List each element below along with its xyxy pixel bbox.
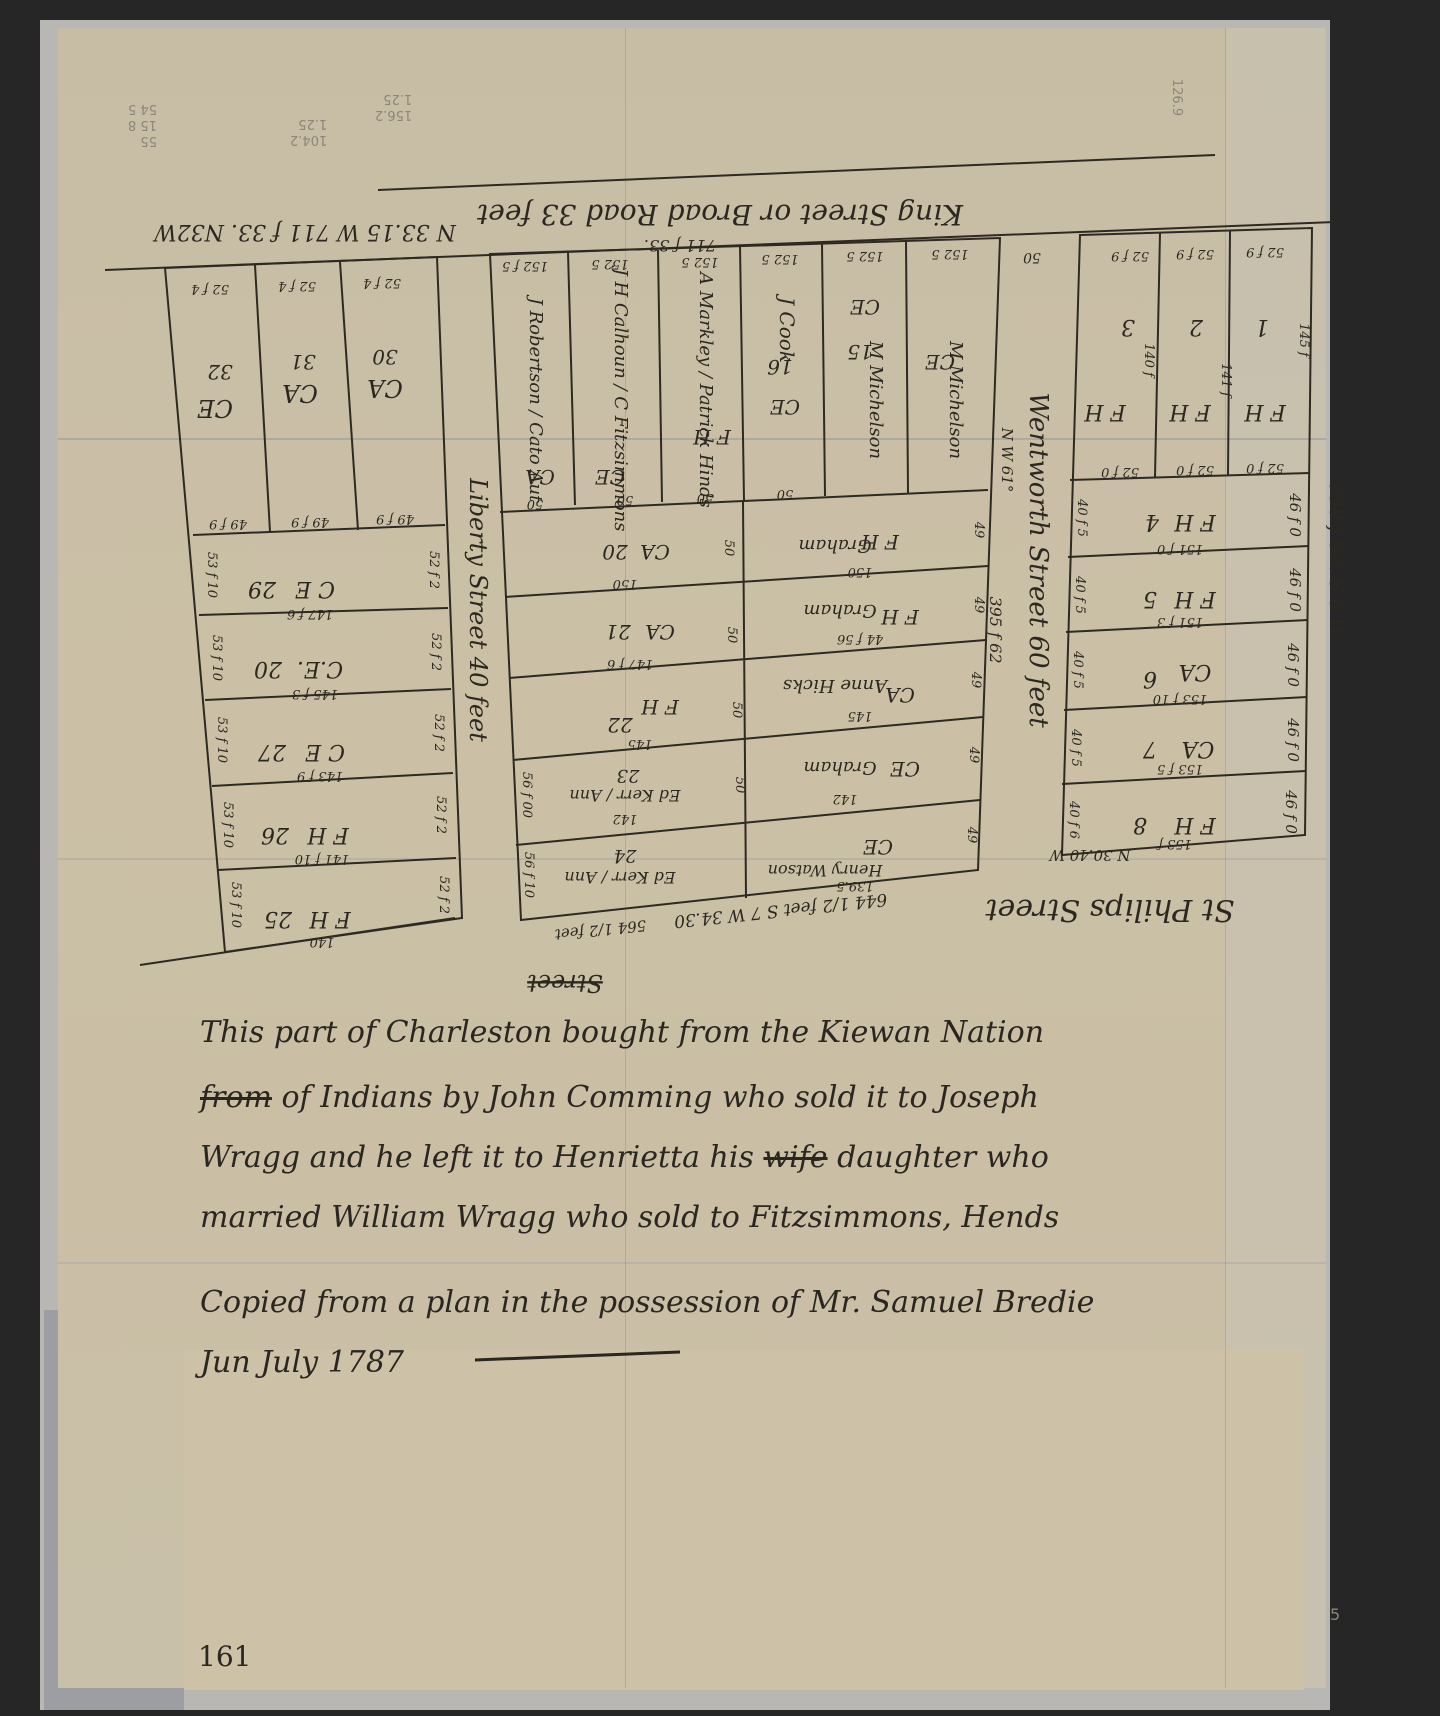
svg-text:46 f 0: 46 f 0 [1284,642,1302,687]
svg-text:52 f 2: 52 f 2 [426,551,441,589]
svg-text:50: 50 [724,627,739,644]
right-bearing-label: 390 f 62. S 6 W [1325,482,1349,640]
svg-text:49 f 9: 49 f 9 [209,516,248,531]
svg-text:49: 49 [971,596,986,614]
svg-text:49 f 9: 49 f 9 [376,511,415,526]
svg-text:F H: F H [693,425,732,449]
svg-text:40 f 5: 40 f 5 [1070,650,1085,689]
svg-text:151 f 3: 151 f 3 [1157,614,1203,629]
svg-text:5: 5 [1143,586,1157,611]
svg-text:141 f: 141 f [1218,363,1233,399]
svg-text:29: 29 [248,576,277,601]
svg-text:143 f 9: 143 f 9 [297,768,343,783]
svg-text:F H: F H [1173,586,1216,611]
svg-text:1: 1 [1255,314,1269,339]
svg-text:40 f 5: 40 f 5 [1072,575,1087,614]
svg-text:F H: F H [641,695,680,719]
svg-text:Ed Kerr / Ann: Ed Kerr / Ann [564,868,676,887]
svg-text:3: 3 [1121,314,1135,339]
svg-text:C E: C E [295,576,335,601]
svg-text:53 f 10: 53 f 10 [209,635,224,681]
top-bearing-label: N 33.15 W 711 f 33. N32W [152,219,457,244]
signature-flourish [475,1352,680,1360]
svg-text:30: 30 [372,345,398,369]
svg-text:49 f 9: 49 f 9 [291,514,330,529]
svg-text:24: 24 [614,845,638,866]
svg-text:145 f: 145 f [1296,323,1311,359]
svg-text:46 f 0: 46 f 0 [1282,789,1300,834]
king-street-upper-line [378,155,1215,190]
svg-text:152 5: 152 5 [846,248,883,263]
svg-text:Graham: Graham [803,757,876,778]
svg-text:J Cook: J Cook [775,293,799,363]
svg-text:CE: CE [863,835,893,859]
svg-text:25: 25 [264,906,293,931]
struck-street-word: Street [527,969,603,997]
note-line-2: from of Indians by John Comming who sold… [200,1080,1039,1115]
svg-text:50: 50 [617,492,634,507]
svg-text:32: 32 [207,360,232,384]
svg-text:53 f 10: 53 f 10 [220,802,235,848]
middle-bottom-lots: CA 20 150 CA 21 147 f 6 F H 22 145 Ed Ke… [519,521,986,898]
svg-text:152 5: 152 5 [761,251,798,266]
svg-text:52 f 2: 52 f 2 [433,796,448,834]
svg-text:56 f 00: 56 f 00 [519,772,534,818]
svg-text:52 f 0: 52 f 0 [1176,462,1214,477]
svg-text:Graham: Graham [803,600,876,621]
svg-text:C E: C E [305,739,345,764]
svg-text:50: 50 [697,490,714,505]
king-street-label: King Street or Broad Road 33 feet [476,198,964,231]
st-philips-bearing-label: N 30.40 W [1048,846,1132,864]
folio-number: 161 [198,1640,251,1673]
svg-text:7: 7 [1143,736,1157,761]
svg-text:147 f 6: 147 f 6 [607,656,653,671]
svg-text:20: 20 [254,656,283,681]
svg-text:20: 20 [602,540,629,564]
svg-text:152 5: 152 5 [681,254,718,269]
corner-mark: 5 [1330,1605,1340,1624]
svg-text:145: 145 [628,736,653,751]
wentworth-street-label: Wentworth Street 60 feet [1023,392,1053,728]
left-bottom-lots: C E 29 147 f 6 C.E. 20 145 f 3 C E 27 14… [204,551,451,949]
svg-text:153 f 5: 153 f 5 [1157,761,1203,776]
svg-text:56 f 10: 56 f 10 [521,852,536,898]
svg-text:50: 50 [729,702,744,719]
svg-text:147 f 6: 147 f 6 [287,606,333,621]
svg-text:CE: CE [850,295,880,319]
svg-text:Ed Kerr / Ann: Ed Kerr / Ann [569,786,681,805]
struck-word: from [200,1080,272,1115]
svg-text:152 5: 152 5 [591,256,628,271]
svg-text:46 f 0: 46 f 0 [1286,492,1304,537]
middle-top-lots: J Robertson / Cato Aut CA J H Calhoun / … [502,246,1041,532]
svg-text:152 f 5: 152 f 5 [502,258,548,273]
svg-text:4: 4 [1145,509,1160,534]
svg-text:CE: CE [595,465,625,489]
svg-text:22: 22 [607,713,633,737]
note-copied-from: Copied from a plan in the possession of … [200,1285,1094,1320]
svg-text:21: 21 [605,620,631,644]
svg-text:52 f 0: 52 f 0 [1246,460,1284,475]
svg-text:44 f 56: 44 f 56 [837,631,884,646]
svg-text:CE: CE [925,350,955,374]
svg-text:F H: F H [306,822,349,847]
svg-text:F H: F H [1168,399,1211,424]
svg-text:2: 2 [1189,314,1204,339]
svg-text:49: 49 [966,746,981,764]
svg-text:52 f 9: 52 f 9 [1176,246,1214,261]
svg-text:52 f 4: 52 f 4 [363,275,401,290]
svg-text:F H: F H [1243,399,1286,424]
svg-text:50: 50 [777,486,794,501]
plat-map: King Street or Broad Road 33 feet N 33.1… [0,0,1440,1716]
svg-text:142: 142 [613,811,638,826]
svg-text:40 f 6: 40 f 6 [1066,800,1081,839]
svg-text:CE: CE [890,757,920,781]
svg-text:Henry Watson: Henry Watson [768,861,884,880]
svg-text:F H: F H [1173,509,1216,534]
svg-text:CA: CA [1182,736,1215,761]
svg-text:139.5: 139.5 [836,878,873,893]
note-line-3: Wragg and he left it to Henrietta his wi… [200,1140,1049,1175]
note-date: Jun July 1787 [200,1345,404,1380]
svg-text:49: 49 [971,521,986,539]
svg-text:153 f: 153 f [1156,836,1192,851]
svg-text:C.E.: C.E. [297,656,343,681]
svg-text:140: 140 [310,934,335,949]
svg-text:52 f 9: 52 f 9 [1246,244,1284,259]
svg-text:8: 8 [1133,812,1147,837]
svg-text:40 f 5: 40 f 5 [1068,728,1083,767]
svg-text:16: 16 [767,355,793,379]
svg-text:CE: CE [770,395,800,419]
svg-text:52 f 4: 52 f 4 [191,281,229,296]
svg-text:CA: CA [1179,659,1212,684]
svg-text:CA: CA [640,540,670,564]
svg-text:52 f 0: 52 f 0 [1101,464,1139,479]
svg-text:53 f 10: 53 f 10 [214,717,229,763]
svg-text:Graham: Graham [798,535,871,556]
right-top-lots: F H 3 140 f F H 2 141 f F H 1 145 f 52 f… [1083,244,1311,479]
note-line-4: married William Wragg who sold to Fitzsi… [200,1200,1059,1235]
svg-text:46 f 0: 46 f 0 [1284,717,1302,762]
svg-text:CA: CA [282,379,318,407]
liberty-street-label: Liberty Street 40 feet [464,477,492,742]
st-philips-street-label: St Philips Street [985,892,1235,927]
svg-text:49: 49 [964,826,979,844]
svg-text:CA: CA [367,374,403,402]
svg-text:152 5: 152 5 [931,246,968,261]
svg-text:F H: F H [881,605,920,629]
svg-text:CA: CA [525,465,555,489]
svg-text:F H: F H [308,906,351,931]
svg-text:52 f 2: 52 f 2 [431,714,446,752]
bottom-bearing-label: 644 1/2 feet S 7 W 34.30 [673,889,888,931]
svg-text:27: 27 [258,739,287,764]
svg-text:52 f 2: 52 f 2 [428,633,443,671]
top-road-sub-label: 711 f 33. [644,236,716,255]
svg-text:50: 50 [527,496,544,511]
svg-text:49: 49 [968,671,983,689]
svg-text:Anne Hicks: Anne Hicks [783,675,889,696]
svg-text:F H: F H [1083,399,1126,424]
note-line-1: This part of Charleston bought from the … [200,1015,1044,1050]
svg-text:50: 50 [721,540,736,557]
svg-text:50: 50 [732,777,747,794]
svg-text:53 f 10: 53 f 10 [204,552,219,598]
left-top-lots: CE 32 CA 31 CA 30 52 f 4 52 f 4 52 f 4 4… [191,275,415,531]
svg-text:31: 31 [290,350,315,374]
svg-text:CE: CE [197,394,233,422]
svg-text:23: 23 [617,765,641,786]
right-bottom-lots: F H 4 151 f 0 F H 5 151 f 3 CA 6 153 f 1… [1066,492,1304,851]
svg-text:150: 150 [613,576,638,591]
svg-text:CA: CA [885,683,915,707]
svg-text:CA: CA [645,620,675,644]
svg-text:52 f 4: 52 f 4 [278,278,316,293]
svg-text:145 f 3: 145 f 3 [292,686,338,701]
svg-text:150: 150 [848,564,873,579]
svg-text:46 f 0: 46 f 0 [1286,567,1304,612]
svg-text:140 f: 140 f [1141,343,1156,379]
svg-text:A Markley / Patrick Hinds: A Markley / Patrick Hinds [695,270,716,508]
svg-text:151 f 0: 151 f 0 [1157,541,1203,556]
svg-text:142: 142 [833,791,858,806]
svg-text:153 f 10: 153 f 10 [1153,691,1207,706]
svg-text:6: 6 [1143,666,1157,691]
svg-text:J H Calhoun / C Fitzsimmons: J H Calhoun / C Fitzsimmons [610,265,631,532]
struck-word: wife [763,1140,827,1175]
svg-text:50: 50 [1023,249,1041,265]
bottom-bearing-label-2: 564 1/2 feet [553,916,647,944]
svg-text:15: 15 [847,340,872,364]
svg-text:52 f 2: 52 f 2 [436,876,451,914]
svg-text:141 f 10: 141 f 10 [295,851,349,866]
wentworth-length-label: 395 f 62 [986,597,1005,664]
svg-text:40 f 5: 40 f 5 [1074,498,1089,537]
svg-text:26: 26 [261,822,290,847]
svg-text:145: 145 [848,708,873,723]
block-middle [490,238,1000,920]
svg-text:F H: F H [1173,812,1216,837]
svg-text:52 f 9: 52 f 9 [1111,248,1149,263]
svg-text:53 f 10: 53 f 10 [228,882,243,928]
wentworth-bearing-label: N W 61° [998,427,1016,493]
